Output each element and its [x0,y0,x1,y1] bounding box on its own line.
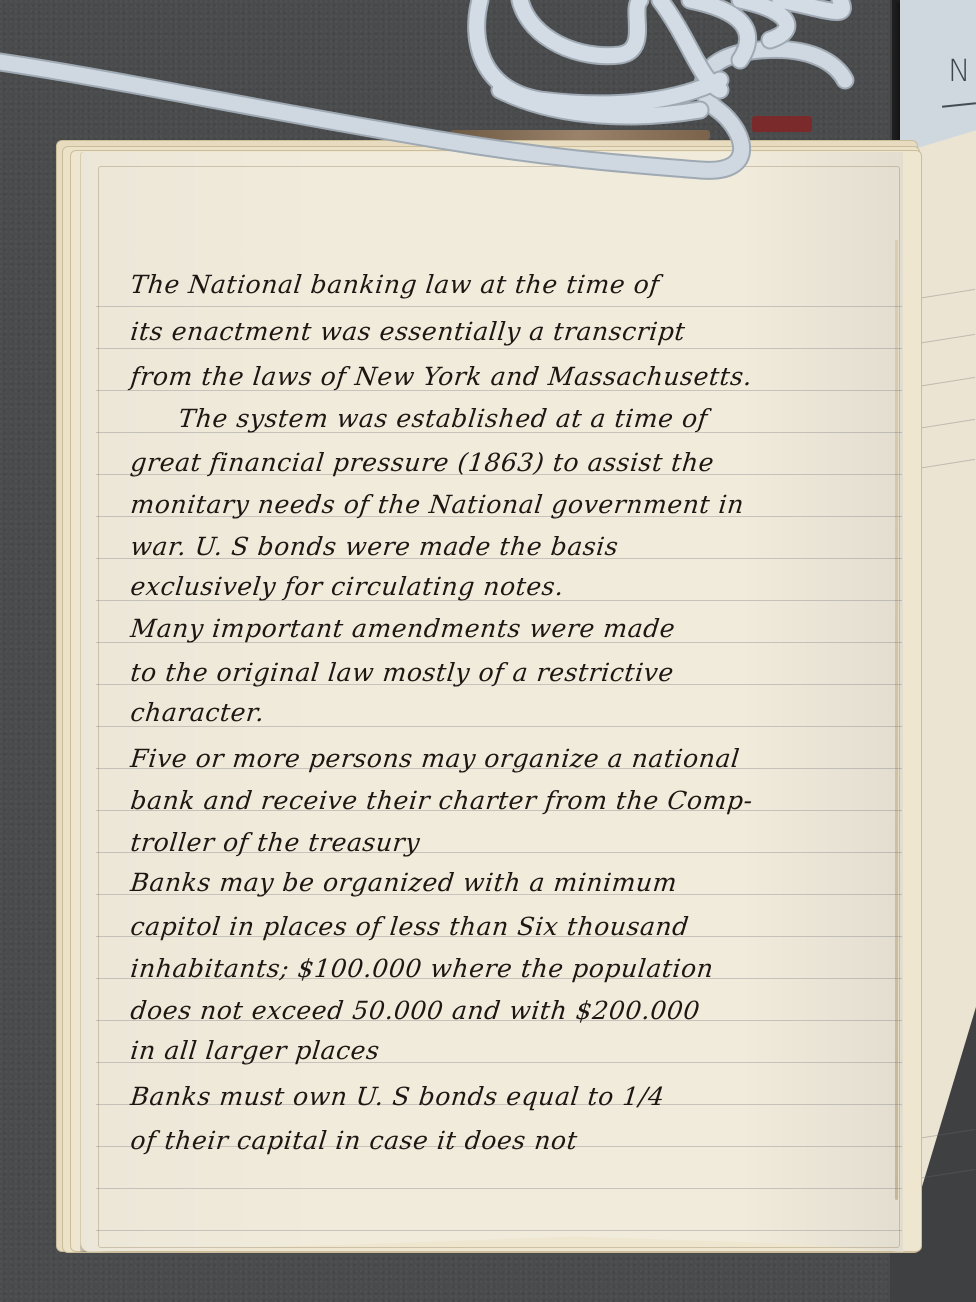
handwritten-line: to the original law mostly of a restrict… [128,658,892,700]
book-headband-red [752,116,812,132]
handwritten-line: of their capital in case it does not [128,1126,892,1168]
handwritten-line: The system was established at a time of [176,404,940,446]
handwritten-line: from the laws of New York and Massachuse… [128,362,892,404]
ruled-line [96,1188,902,1189]
handwritten-line: war. U. S bonds were made the basis [128,532,892,574]
handwritten-line: Many important amendments were made [128,614,892,656]
handwritten-line: exclusively for circulating notes. [128,572,892,614]
handwritten-line: Banks may be organized with a minimum [128,868,892,910]
id-card-label: N [948,54,970,89]
handwritten-line: does not exceed 50.000 and with $200.000 [128,996,892,1038]
handwritten-line: The National banking law at the time of [128,270,892,312]
handwritten-line: monitary needs of the National governmen… [128,490,892,532]
handwritten-line: troller of the treasury [128,828,892,870]
handwritten-line: in all larger places [128,1036,892,1078]
handwritten-line: its enactment was essentially a transcri… [128,317,892,359]
spine-stitching [895,240,898,1200]
ruled-line [96,1230,902,1231]
book-headband [450,130,710,140]
handwritten-line: bank and receive their charter from the … [128,786,892,828]
handwritten-line: great financial pressure (1863) to assis… [128,448,892,490]
handwritten-line: Five or more persons may organize a nati… [128,744,892,786]
handwritten-line: character. [128,698,892,740]
handwritten-line: inhabitants; $100.000 where the populati… [128,954,892,996]
handwritten-line: capitol in places of less than Six thous… [128,912,892,954]
handwritten-line: Banks must own U. S bonds equal to 1/4 [128,1082,892,1124]
